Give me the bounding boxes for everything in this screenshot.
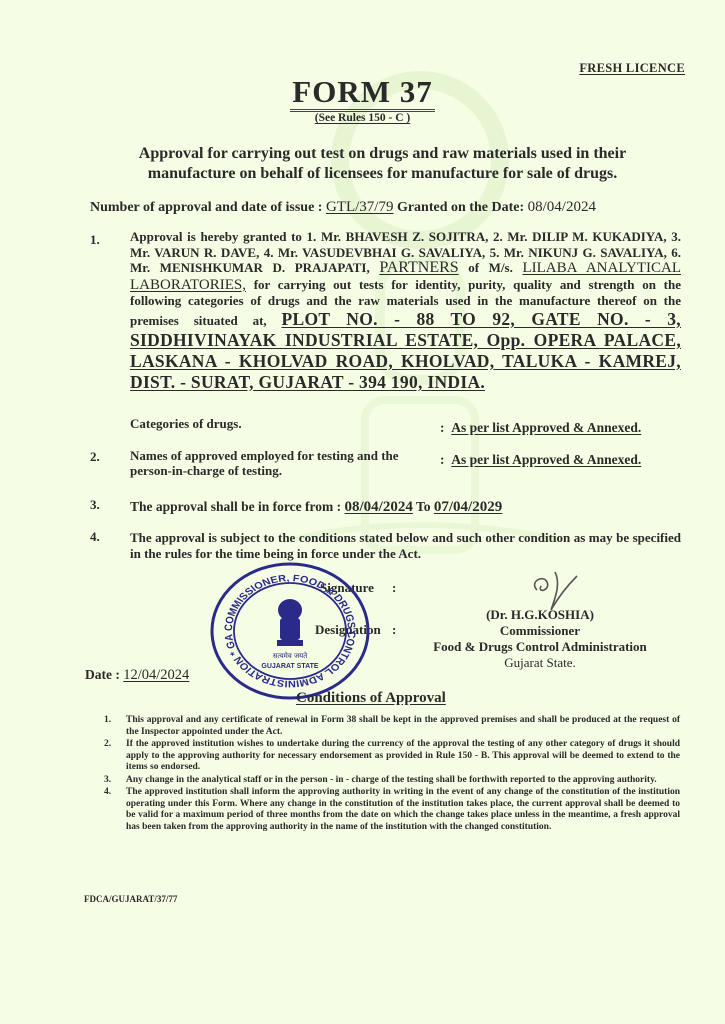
svg-text:सत्यमेव जयते: सत्यमेव जयते — [273, 651, 308, 660]
clause-2-row: : As per list Approved & Annexed. — [440, 452, 641, 468]
approval-number-value: GTL/37/79 — [326, 199, 394, 215]
signatory-state: Gujarat State. — [420, 655, 660, 671]
form-title-text: FORM 37 — [290, 74, 434, 112]
clause-4-text: The approval is subject to the condition… — [130, 530, 681, 561]
form-title: FORM 37 — [0, 74, 725, 110]
issue-date-label: Date : — [85, 667, 123, 682]
condition-text: This approval and any certificate of ren… — [126, 715, 680, 738]
approval-number-label: Number of approval and date of issue : — [90, 200, 326, 215]
footer-reference: FDCA/GUJARAT/37/77 — [84, 894, 177, 904]
signatory-organization: Food & Drugs Control Administration — [420, 639, 660, 655]
condition-number: 4. — [104, 787, 126, 833]
clause-2-colon: : — [440, 452, 451, 467]
signatory-block: (Dr. H.G.KOSHIA) Commissioner Food & Dru… — [420, 607, 660, 671]
rules-reference-text: (See Rules 150 - C ) — [315, 112, 411, 124]
condition-number: 3. — [104, 775, 126, 787]
categories-value: As per list Approved & Annexed. — [451, 420, 641, 435]
condition-item: 1.This approval and any certificate of r… — [104, 715, 680, 738]
clause-3-number: 3. — [90, 497, 100, 513]
condition-text: Any change in the analytical staff or in… — [126, 775, 680, 787]
issue-date-line: Date : 12/04/2024 — [85, 667, 189, 683]
official-stamp-icon: COMMISSIONER, FOOD & DRUGS CONTROL ADMIN… — [205, 560, 375, 702]
condition-item: 2.If the approved institution wishes to … — [104, 739, 680, 774]
signatory-title: Commissioner — [420, 623, 660, 639]
clause-1-of: of M/s. — [459, 260, 523, 275]
condition-item: 4.The approved institution shall inform … — [104, 787, 680, 833]
document-page: FRESH LICENCE FORM 37 (See Rules 150 - C… — [0, 0, 725, 1024]
clause-3-line: The approval shall be in force from : 08… — [130, 499, 502, 515]
clause-2-label: Names of approved employed for testing a… — [130, 448, 420, 478]
partners-label: PARTNERS — [379, 259, 458, 276]
granted-date-value: 08/04/2024 — [528, 199, 596, 215]
conditions-title: Conditions of Approval — [296, 690, 446, 707]
svg-text:GUJARAT STATE: GUJARAT STATE — [261, 663, 318, 670]
validity-to: 07/04/2029 — [434, 499, 502, 515]
approval-number-line: Number of approval and date of issue : G… — [90, 199, 596, 216]
form-subtitle: Approval for carrying out test on drugs … — [100, 144, 665, 184]
clause-2-value: As per list Approved & Annexed. — [451, 452, 641, 467]
condition-text: If the approved institution wishes to un… — [126, 739, 680, 774]
validity-to-label: To — [413, 499, 434, 514]
categories-label: Categories of drugs. — [130, 416, 242, 431]
validity-from: 08/04/2024 — [345, 499, 413, 515]
clause-2-number: 2. — [90, 449, 100, 465]
clause-1-text: Approval is hereby granted to 1. Mr. BHA… — [130, 229, 681, 393]
signatory-name: (Dr. H.G.KOSHIA) — [420, 607, 660, 623]
condition-text: The approved institution shall inform th… — [126, 787, 680, 833]
conditions-list: 1.This approval and any certificate of r… — [104, 715, 680, 834]
categories-row: : As per list Approved & Annexed. — [440, 420, 641, 436]
clause-1-number: 1. — [90, 232, 100, 248]
clause-4-number: 4. — [90, 529, 100, 545]
categories-colon: : — [440, 420, 451, 435]
granted-date-label: Granted on the Date: — [393, 200, 527, 215]
condition-number: 2. — [104, 739, 126, 774]
validity-label: The approval shall be in force from : — [130, 499, 345, 514]
issue-date-value: 12/04/2024 — [123, 667, 189, 683]
signature-colon: : — [392, 580, 396, 595]
condition-number: 1. — [104, 715, 126, 738]
designation-colon: : — [392, 622, 396, 637]
condition-item: 3.Any change in the analytical staff or … — [104, 775, 680, 787]
rules-reference: (See Rules 150 - C ) — [0, 112, 725, 124]
